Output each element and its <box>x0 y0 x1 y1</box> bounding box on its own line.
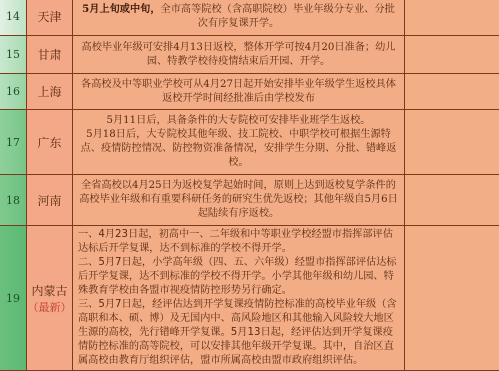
policy-item: 一、4月23日起，初高中一、二年级和中等职业学校经盟市指挥部评估达标后开学复课，… <box>78 228 399 256</box>
row-number: 19 <box>0 226 27 349</box>
table-row: 18 河南 全省高校以4月25日为返校复学起始时间，原则上达到返校复学条件的高校… <box>0 175 499 226</box>
empty-cell <box>405 36 499 74</box>
empty-cell <box>405 110 499 175</box>
province-cell: 河南 <box>27 175 73 226</box>
province-cell: 甘肃 <box>27 36 73 74</box>
row-number: 17 <box>0 110 27 175</box>
province-cell: 广东 <box>27 110 73 175</box>
table-row: 19 内蒙古 （最新） 一、4月23日起，初高中一、二年级和中等职业学校经盟市指… <box>0 226 499 349</box>
policy-cell: 5月上旬或中旬，全市高等院校（含高职院校）毕业年级分专业、分批次有序复课开学。 <box>73 0 405 36</box>
row-number: 14 <box>0 0 27 36</box>
table-row: 15 甘肃 高校毕业年级可安排4月13日返校，整体开学可按4月20日准备；幼儿园… <box>0 36 499 74</box>
province-cell: 内蒙古 （最新） <box>27 226 73 349</box>
province-cell: 上海 <box>27 74 73 110</box>
row-number: 15 <box>0 36 27 74</box>
policy-cell: 一、4月23日起，初高中一、二年级和中等职业学校经盟市指挥部评估达标后开学复课，… <box>73 226 405 349</box>
table-row: 16 上海 各高校及中等职业学校可从4月27日起开始安排毕业年级学生返校具体返校… <box>0 74 499 110</box>
empty-cell <box>405 0 499 36</box>
empty-cell <box>405 226 499 349</box>
policy-cell: 5月11日后，具备条件的大专院校可安排毕业班学生返校。 5月18日后，大专院校其… <box>73 110 405 175</box>
policy-line: 5月18日后，大专院校其他年级、技工院校、中职学校可根据生源特点、疫情防控情况、… <box>78 128 399 170</box>
empty-cell <box>405 74 499 110</box>
policy-text: 全市高等院校（含高职院校）毕业年级分专业、分批次有序复课开学。 <box>161 4 395 29</box>
province-name: 内蒙古 <box>27 282 72 299</box>
policy-cell: 各高校及中等职业学校可从4月27日起开始安排毕业年级学生返校具体返校开学时间经批… <box>73 74 405 110</box>
policy-item: 二、5月7日起，小学高年级（四、五、六年级）经盟市指挥部评估达标后开学复课，达不… <box>78 256 399 298</box>
table-row: 14 天津 5月上旬或中旬，全市高等院校（含高职院校）毕业年级分专业、分批次有序… <box>0 0 499 36</box>
province-cell: 天津 <box>27 0 73 36</box>
latest-tag: （最新） <box>27 299 72 315</box>
row-number: 16 <box>0 74 27 110</box>
policy-highlight: 5月上旬或中旬， <box>82 3 160 15</box>
row-number: 18 <box>0 175 27 226</box>
table-row: 17 广东 5月11日后，具备条件的大专院校可安排毕业班学生返校。 5月18日后… <box>0 110 499 175</box>
policy-cell: 全省高校以4月25日为返校复学起始时间，原则上达到返校复学条件的高校毕业年级和有… <box>73 175 405 226</box>
policy-item: 三、5月7日起，经评估达到开学复课疫情防控标准的高校毕业年级（含高职和本、硕、博… <box>78 298 399 348</box>
policy-cell: 高校毕业年级可安排4月13日返校，整体开学可按4月20日准备；幼儿园、特教学校待… <box>73 36 405 74</box>
empty-cell <box>405 175 499 226</box>
policy-line: 5月11日后，具备条件的大专院校可安排毕业班学生返校。 <box>78 114 399 128</box>
school-reopening-table: 14 天津 5月上旬或中旬，全市高等院校（含高职院校）毕业年级分专业、分批次有序… <box>0 0 499 348</box>
